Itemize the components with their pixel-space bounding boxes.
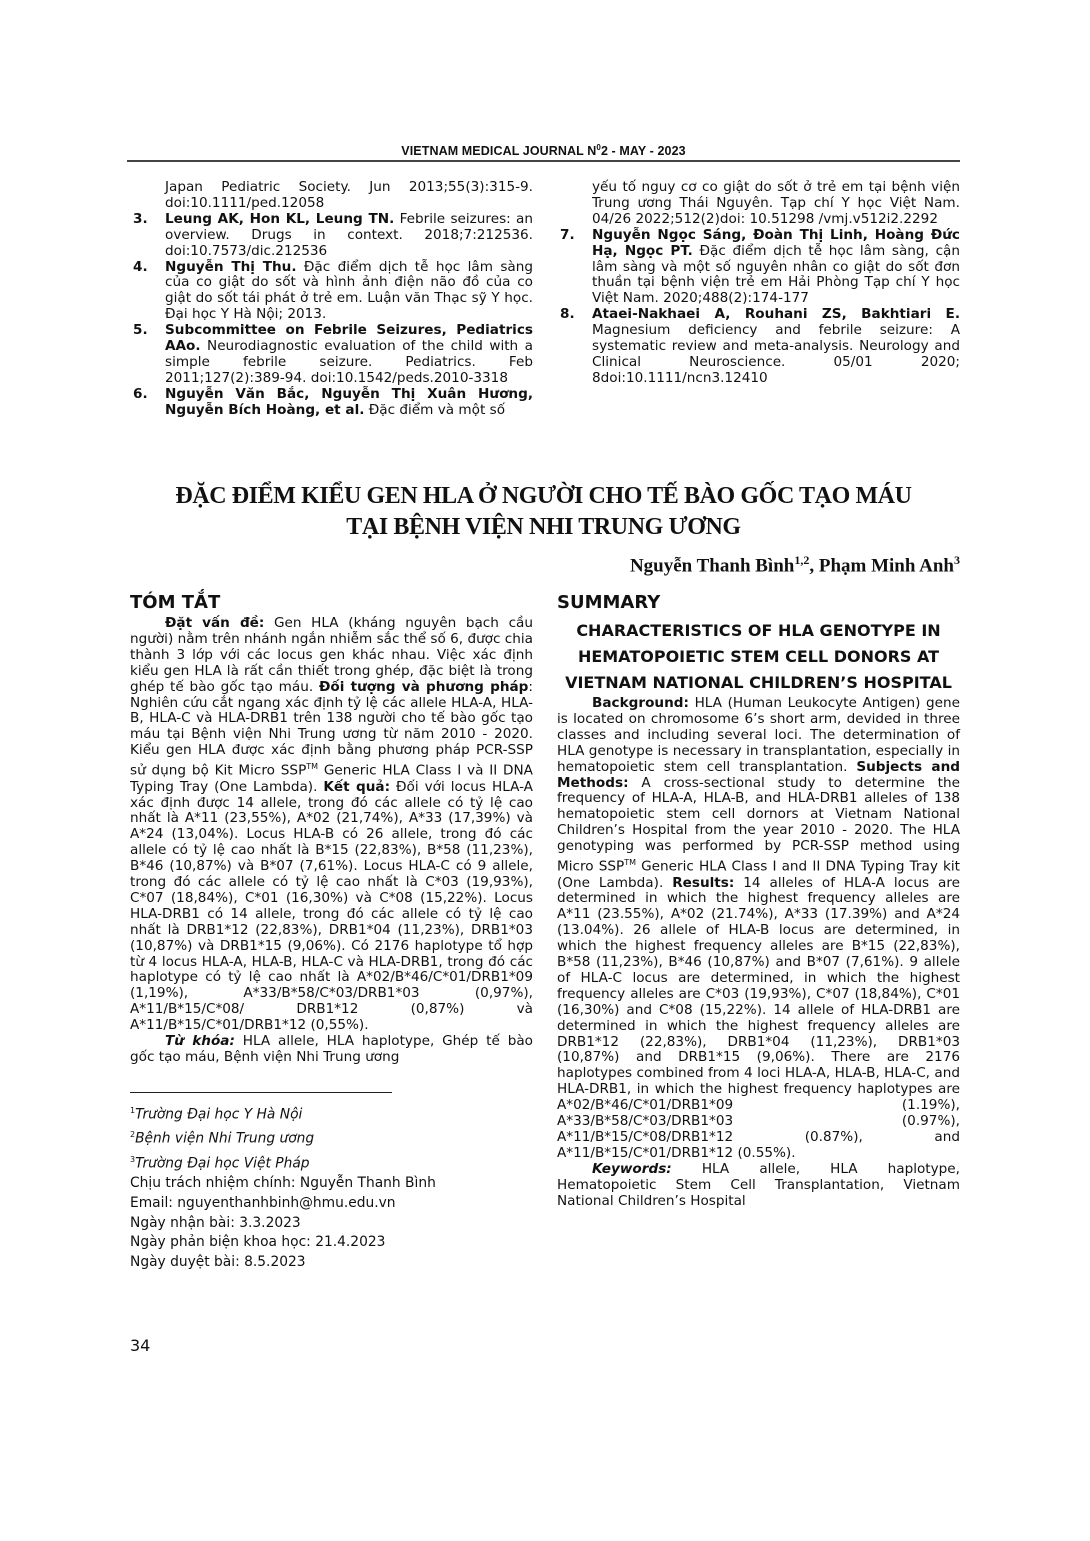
header-rule (127, 160, 960, 162)
date-received: Ngày nhận bài: 3.3.2023 (130, 1214, 533, 1234)
abstract-paragraph: Đặt vấn đề: Gen HLA (kháng nguyên bạch c… (130, 616, 533, 1034)
reference-item: yếu tố nguy cơ co giật do sốt ở trẻ em t… (557, 180, 960, 228)
affiliation-1: 1Trường Đại học Y Hà Nội (130, 1101, 533, 1125)
reference-text: Đặc điểm và một số (364, 402, 505, 418)
footnote-divider (130, 1092, 392, 1093)
article-title-line-1: ĐẶC ĐIỂM KIỂU GEN HLA Ở NGƯỜI CHO TẾ BÀO… (127, 481, 960, 512)
article-authors: Nguyễn Thanh Bình1,2, Phạm Minh Anh3 (630, 553, 960, 577)
keywords-paragraph: Keywords: HLA allele, HLA haplotype, Hem… (557, 1162, 960, 1210)
trademark-sup: TM (306, 762, 318, 771)
affiliation-3: 3Trường Đại học Việt Pháp (130, 1150, 533, 1174)
author-affiliation-sup: 1,2 (794, 553, 809, 567)
reference-number: 8. (560, 307, 575, 323)
label-results: Results: (672, 875, 734, 891)
summary-text: 14 alleles of HLA-A locus are determined… (557, 875, 960, 1161)
reference-item: 3. Leung AK, Hon KL, Leung TN. Febrile s… (130, 212, 533, 260)
english-title: CHARACTERISTICS OF HLA GENOTYPE IN HEMAT… (557, 618, 960, 696)
reference-number: 3. (133, 212, 148, 228)
corresponding-author: Chịu trách nhiệm chính: Nguyễn Thanh Bìn… (130, 1174, 533, 1194)
date-accepted: Ngày duyệt bài: 8.5.2023 (130, 1253, 533, 1273)
summary-paragraph: Background: HLA (Human Leukocyte Antigen… (557, 696, 960, 1162)
reference-item: Japan Pediatric Society. Jun 2013;55(3):… (130, 180, 533, 212)
reference-text: yếu tố nguy cơ co giật do sốt ở trẻ em t… (592, 179, 960, 227)
keywords-label: Keywords: (592, 1161, 672, 1177)
article-title: ĐẶC ĐIỂM KIỂU GEN HLA Ở NGƯỜI CHO TẾ BÀO… (127, 481, 960, 543)
reference-item: 4. Nguyễn Thị Thu. Đặc điểm dịch tễ học … (130, 260, 533, 324)
keywords-label: Từ khóa: (165, 1033, 235, 1049)
reference-item: 7. Nguyễn Ngọc Sáng, Đoàn Thị Linh, Hoàn… (557, 228, 960, 308)
author-separator: , (809, 555, 819, 576)
author-affiliation-sup: 3 (954, 553, 960, 567)
reference-item: 6. Nguyễn Văn Bắc, Nguyễn Thị Xuân Hương… (130, 387, 533, 419)
reference-number: 7. (560, 228, 575, 244)
running-header: VIETNAM MEDICAL JOURNAL N02 - MAY - 2023 (127, 143, 960, 158)
abstract-text: Đối với locus HLA-A xác định được 14 all… (130, 779, 533, 1034)
keywords-paragraph: Từ khóa: HLA allele, HLA haplotype, Ghép… (130, 1034, 533, 1066)
email-link[interactable]: Email: nguyenthanhbinh@hmu.edu.vn (130, 1194, 533, 1214)
label-background: Background: (592, 695, 689, 711)
author-name: Phạm Minh Anh (819, 555, 954, 576)
label-methods: Đối tượng và phương pháp (319, 679, 528, 695)
article-title-line-2: TẠI BỆNH VIỆN NHI TRUNG ƯƠNG (127, 512, 960, 543)
reference-number: 6. (133, 387, 148, 403)
affiliation-text: Trường Đại học Y Hà Nội (135, 1107, 302, 1123)
english-title-line-3: VIETNAM NATIONAL CHILDREN’S HOSPITAL (557, 670, 960, 696)
english-title-line-1: CHARACTERISTICS OF HLA GENOTYPE IN (557, 618, 960, 644)
trademark-sup: TM (624, 858, 636, 867)
reference-text: Neurodiagnostic evaluation of the child … (165, 338, 533, 386)
label-results: Kết quả: (323, 779, 390, 795)
affiliation-text: Trường Đại học Việt Pháp (135, 1155, 309, 1171)
reference-text: Magnesium deficiency and febrile seizure… (592, 322, 960, 386)
section-heading: TÓM TẮT (130, 592, 533, 614)
reference-item: 5. Subcommittee on Febrile Seizures, Ped… (130, 323, 533, 387)
affiliation-2: 2Bệnh viện Nhi Trung ương (130, 1125, 533, 1149)
date-reviewed: Ngày phản biện khoa học: 21.4.2023 (130, 1233, 533, 1253)
reference-item: 8. Ataei-Nakhaei A, Rouhani ZS, Bakhtiar… (557, 307, 960, 387)
affiliation-text: Bệnh viện Nhi Trung ương (135, 1131, 314, 1147)
label-background: Đặt vấn đề: (165, 615, 264, 631)
reference-authors: Leung AK, Hon KL, Leung TN. (165, 211, 394, 227)
abstract-vietnamese: TÓM TẮT Đặt vấn đề: Gen HLA (kháng nguyê… (130, 592, 533, 1273)
reference-number: 4. (133, 260, 148, 276)
author-name: Nguyễn Thanh Bình (630, 555, 794, 576)
reference-authors: Ataei-Nakhaei A, Rouhani ZS, Bakhtiari E… (592, 306, 960, 322)
reference-text: Japan Pediatric Society. Jun 2013;55(3):… (165, 179, 533, 211)
abstract-english: SUMMARY CHARACTERISTICS OF HLA GENOTYPE … (557, 592, 960, 1210)
reference-authors: Nguyễn Thị Thu. (165, 259, 297, 275)
english-title-line-2: HEMATOPOIETIC STEM CELL DONORS AT (557, 644, 960, 670)
journal-name: VIETNAM MEDICAL JOURNAL N (401, 144, 596, 158)
references-left: Japan Pediatric Society. Jun 2013;55(3):… (130, 180, 533, 419)
section-heading: SUMMARY (557, 592, 960, 614)
reference-number: 5. (133, 323, 148, 339)
references-right: yếu tố nguy cơ co giật do sốt ở trẻ em t… (557, 180, 960, 387)
page-number: 34 (130, 1336, 150, 1355)
journal-issue: 2 - MAY - 2023 (601, 144, 686, 158)
